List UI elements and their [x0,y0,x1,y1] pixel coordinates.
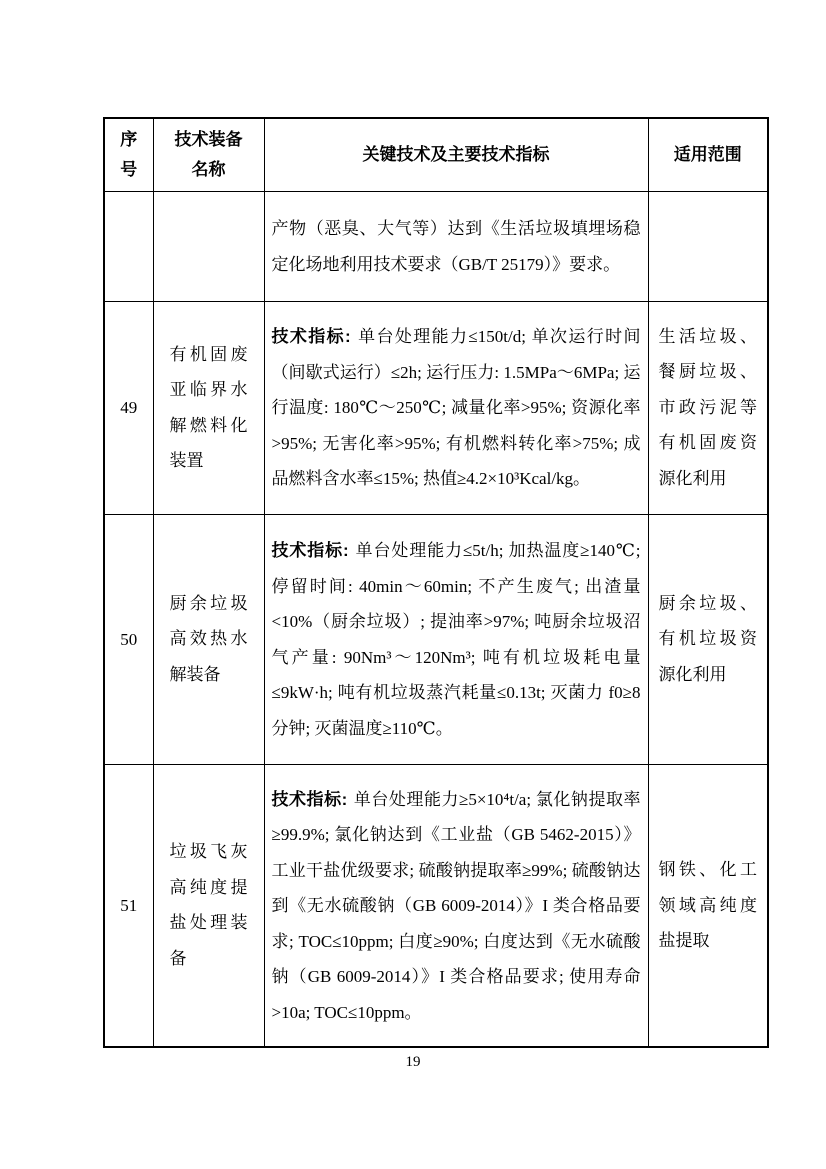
scope-cell: 生活垃圾、餐厨垃圾、市政污泥等有机固废资源化利用 [648,301,768,514]
document-page: 序号 技术装备名称 关键技术及主要技术指标 适用范围 产物（恶臭、大气等）达到《… [0,0,826,1169]
table-row-51: 51 垃圾飞灰高纯度提盐处理装备 技术指标:单台处理能力≥5×10⁴t/a; 氯… [104,764,768,1047]
header-equipment-name: 技术装备名称 [153,118,264,191]
indicator-label: 技术指标: [272,790,348,809]
equipment-name-cell: 垃圾飞灰高纯度提盐处理装备 [153,764,264,1047]
scope-cell: 厨余垃圾、有机垃圾资源化利用 [648,514,768,764]
serial-cell: 50 [104,514,153,764]
indicators-cell: 技术指标:单台处理能力≥5×10⁴t/a; 氯化钠提取率≥99.9%; 氯化钠达… [264,764,648,1047]
header-scope-label: 适用范围 [674,145,742,164]
header-serial: 序号 [104,118,153,191]
header-indicators: 关键技术及主要技术指标 [264,118,648,191]
serial-cell: 51 [104,764,153,1047]
indicators-cell: 技术指标:单台处理能力≤5t/h; 加热温度≥140℃; 停留时间: 40min… [264,514,648,764]
table-header-row: 序号 技术装备名称 关键技术及主要技术指标 适用范围 [104,118,768,191]
technology-spec-table: 序号 技术装备名称 关键技术及主要技术指标 适用范围 产物（恶臭、大气等）达到《… [103,117,769,1048]
serial-cell [104,191,153,301]
indicators-cell: 产物（恶臭、大气等）达到《生活垃圾填埋场稳定化场地利用技术要求（GB/T 251… [264,191,648,301]
scope-cell [648,191,768,301]
table-row-50: 50 厨余垃圾高效热水解装备 技术指标:单台处理能力≤5t/h; 加热温度≥14… [104,514,768,764]
indicators-cell: 技术指标:单台处理能力≤150t/d; 单次运行时间（间歇式运行）≤2h; 运行… [264,301,648,514]
equipment-name-cell: 厨余垃圾高效热水解装备 [153,514,264,764]
indicator-text: 产物（恶臭、大气等）达到《生活垃圾填埋场稳定化场地利用技术要求（GB/T 251… [272,219,641,274]
indicator-text: 单台处理能力≤5t/h; 加热温度≥140℃; 停留时间: 40min～60mi… [272,541,641,738]
equipment-name-cell [153,191,264,301]
equipment-name-cell: 有机固废亚临界水解燃料化装置 [153,301,264,514]
table-row-continuation: 产物（恶臭、大气等）达到《生活垃圾填埋场稳定化场地利用技术要求（GB/T 251… [104,191,768,301]
table-row-49: 49 有机固废亚临界水解燃料化装置 技术指标:单台处理能力≤150t/d; 单次… [104,301,768,514]
header-equipment-name-label: 技术装备名称 [172,125,245,185]
serial-cell: 49 [104,301,153,514]
page-number: 19 [0,1052,826,1072]
indicator-label: 技术指标: [272,541,349,560]
indicator-text: 单台处理能力≥5×10⁴t/a; 氯化钠提取率≥99.9%; 氯化钠达到《工业盐… [272,790,641,1022]
header-scope: 适用范围 [648,118,768,191]
indicator-text: 单台处理能力≤150t/d; 单次运行时间（间歇式运行）≤2h; 运行压力: 1… [272,327,641,488]
scope-cell: 钢铁、化工领域高纯度盐提取 [648,764,768,1047]
header-indicators-label: 关键技术及主要技术指标 [363,145,550,164]
indicator-label: 技术指标: [272,327,351,346]
header-serial-label: 序号 [119,125,139,185]
